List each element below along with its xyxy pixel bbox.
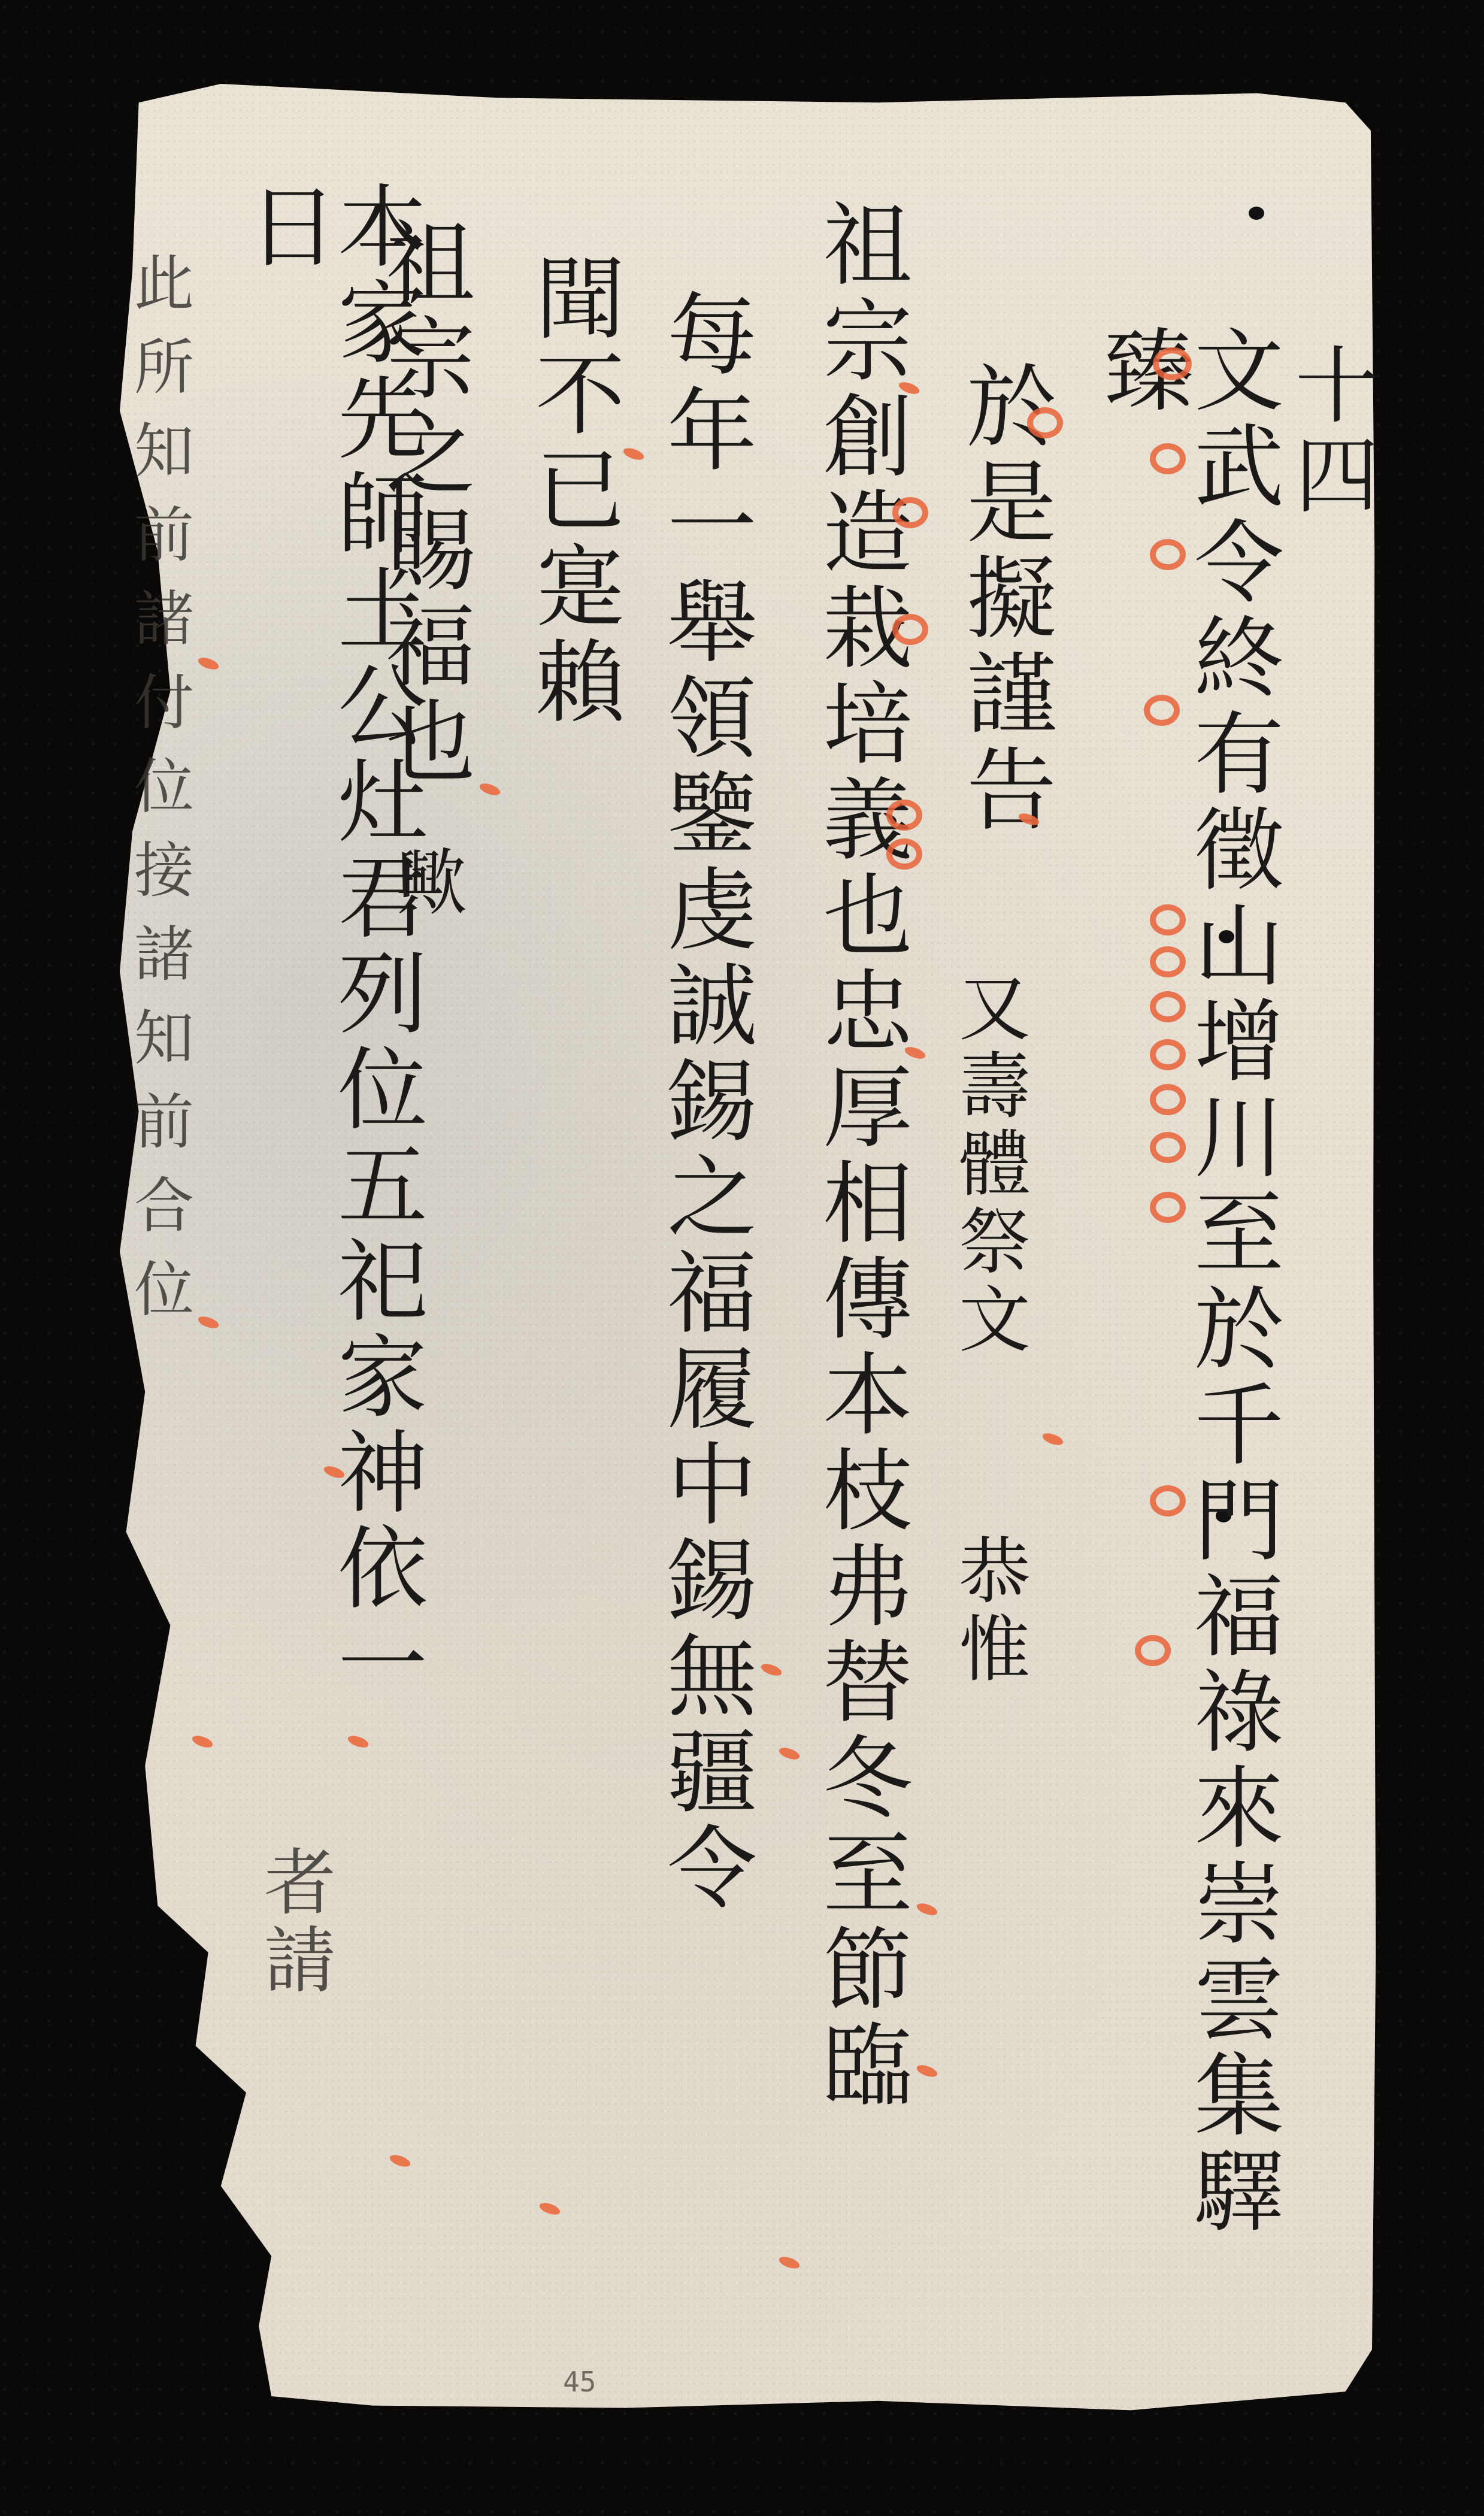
text-column-7: 本家先師土公灶君列位五祀家神依一日 — [240, 180, 419, 1797]
text-column-5: 聞不已寔賴 — [527, 252, 617, 731]
red-circle-mark — [1150, 1084, 1186, 1115]
red-circle-mark — [886, 838, 922, 870]
text-column-2-title: 又壽體祭文 — [952, 970, 1024, 1360]
text-column-1: 文武令終有徵山增川至於千門福祿來崇雲集驛臻 — [1096, 323, 1276, 2300]
red-circle-mark — [1150, 539, 1186, 570]
red-circle-mark — [1153, 347, 1192, 380]
folio-number: 45 — [563, 2366, 596, 2398]
red-circle-mark — [892, 614, 928, 645]
red-circle-mark — [1150, 991, 1186, 1022]
text-column-3: 祖宗創造栽培義也忠厚相傳本枝弗替冬至節臨 — [814, 198, 904, 2354]
red-circle-mark — [886, 800, 922, 831]
red-circle-mark — [892, 497, 928, 528]
text-column-4: 每年一舉領鑒虔誠錫之福履中錫無疆令 — [659, 287, 749, 2384]
red-circle-mark — [1150, 946, 1186, 977]
red-circle-mark — [1027, 407, 1063, 438]
page-marker: 十四 — [1288, 341, 1371, 521]
red-circle-mark — [1150, 1485, 1186, 1516]
red-circle-mark — [1150, 1192, 1186, 1223]
text-column-8-damaged: 此所知前諸付位接諸知前合位 — [129, 252, 189, 1749]
red-circle-mark — [1135, 1635, 1171, 1666]
text-column-2-respectful: 恭惟 — [952, 1533, 1024, 1689]
text-column-7-tail: 者請 — [258, 1845, 329, 2000]
red-circle-mark — [1150, 443, 1186, 474]
red-circle-mark — [1150, 904, 1186, 935]
red-circle-mark — [1144, 695, 1180, 726]
binding-hole — [1249, 207, 1264, 220]
red-circle-mark — [1150, 1039, 1186, 1070]
red-circle-mark — [1150, 1132, 1186, 1163]
